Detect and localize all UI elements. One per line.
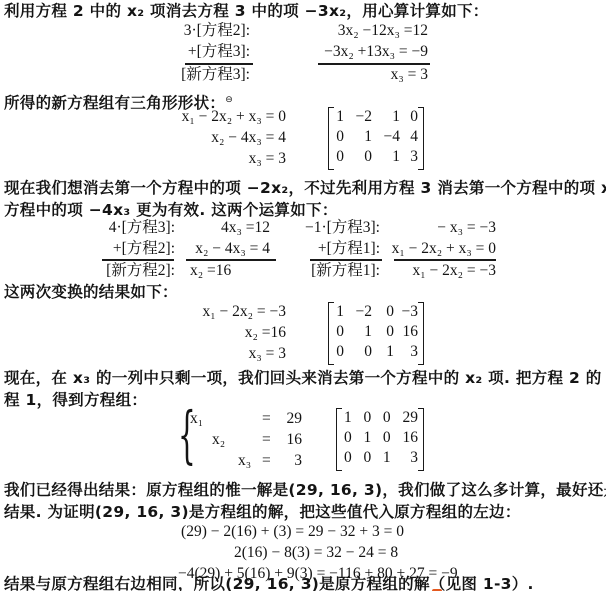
op-equation: − x₃ = −3 — [390, 219, 496, 237]
op-equation: x₃ = 3 — [300, 66, 428, 84]
equation: x₁ − 2x₂ = −3 — [160, 303, 286, 321]
equals-sign: = — [262, 410, 271, 428]
matrix-cell: 1 — [334, 107, 350, 127]
matrix-cell: 4 — [406, 127, 424, 147]
paragraph-next-step-line2: 方程中的项 −4x₃ 更为有效. 这两个运算如下： — [4, 201, 338, 219]
matrix-cell: 0 — [334, 127, 350, 147]
matrix-cell: 0 — [350, 342, 378, 362]
footnote-mark: ⊖ — [225, 95, 233, 105]
paragraph-back-sub-line2: 程 1，得到方程组： — [4, 391, 147, 409]
matrix-cell: 1 — [377, 448, 396, 468]
matrix-cell: 0 — [334, 322, 350, 342]
rule — [185, 63, 253, 65]
op-label: +[方程2]: — [95, 240, 175, 258]
op-label: 4·[方程3]: — [95, 219, 175, 237]
matrix-table: 1−20−3 01016 0013 — [334, 302, 424, 362]
matrix-cell: −3 — [400, 302, 424, 322]
matrix-cell: 3 — [406, 147, 424, 167]
equation: x₂ − 4x₃ = 4 — [160, 129, 286, 147]
matrix-cell: 0 — [334, 342, 350, 362]
matrix-cell: 1 — [334, 302, 350, 322]
augmented-matrix-3: 10029 01016 0013 — [336, 408, 424, 471]
matrix-cell: −4 — [378, 127, 406, 147]
equals-sign: = — [262, 431, 271, 449]
rule — [394, 259, 496, 261]
equation-var: x₁ — [190, 410, 203, 428]
matrix-cell: 0 — [342, 448, 358, 468]
matrix-cell: 1 — [378, 147, 406, 167]
augmented-matrix-1: 1−210 01−44 0013 — [328, 107, 424, 170]
matrix-cell: 0 — [342, 428, 358, 448]
matrix-cell: 3 — [397, 448, 424, 468]
equals-sign: = — [262, 452, 271, 470]
matrix-cell: 0 — [358, 448, 377, 468]
equation: x₃ = 3 — [160, 150, 286, 168]
rhs-value: 29 — [280, 410, 302, 428]
op-equation: x₂ − 4x₃ = 4 — [180, 240, 270, 258]
paragraph-solution-line1: 我们已经得出结果：原方程组的惟一解是(29, 16, 3)，我们做了这么多计算，… — [4, 481, 606, 499]
op-equation: x₁ − 2x₂ = −3 — [390, 262, 496, 280]
matrix-cell: 1 — [342, 408, 358, 428]
matrix-cell: 16 — [400, 322, 424, 342]
matrix-cell: 0 — [378, 302, 400, 322]
op-equation: x₂ =16 — [190, 262, 280, 280]
paragraph-solution-line2: 结果. 为证明(29, 16, 3)是方程组的解，把这些值代入原方程组的左边： — [4, 503, 521, 521]
op-label: [新方程3]: — [170, 66, 250, 84]
op-equation: x₁ − 2x₂ + x₃ = 0 — [390, 240, 496, 258]
rule — [318, 63, 430, 65]
paragraph-conclusion: 结果与原方程组右边相同，所以(29, 16, 3)是原方程组的解（见图 1-3）… — [4, 575, 534, 591]
matrix-cell: 29 — [397, 408, 424, 428]
rule — [102, 259, 174, 261]
matrix-cell: 0 — [334, 147, 350, 167]
op-label: [新方程1]: — [300, 262, 380, 280]
rhs-value: 16 — [280, 431, 302, 449]
op-equation: −3x₂ +13x₃ = −9 — [300, 43, 428, 61]
matrix-cell: 0 — [377, 428, 396, 448]
matrix-cell: −2 — [350, 302, 378, 322]
op-equation: 3x₂ −12x₃ =12 — [300, 22, 428, 40]
matrix-cell: 1 — [378, 342, 400, 362]
matrix-cell: 16 — [397, 428, 424, 448]
matrix-cell: 0 — [377, 408, 396, 428]
matrix-cell: 0 — [406, 107, 424, 127]
op-label: −1·[方程3]: — [300, 219, 380, 237]
check-equation: 2(16) − 8(3) = 32 − 24 = 8 — [234, 544, 398, 562]
op-label: +[方程3]: — [170, 43, 250, 61]
equation-var: x₃ — [238, 452, 251, 470]
equation-var: x₂ — [212, 431, 225, 449]
matrix-cell: 1 — [358, 428, 377, 448]
equation: x₃ = 3 — [160, 345, 286, 363]
op-label: [新方程2]: — [95, 262, 175, 280]
matrix-cell: −2 — [350, 107, 378, 127]
rule — [186, 259, 276, 261]
matrix-cell: 0 — [350, 147, 378, 167]
matrix-cell: 3 — [400, 342, 424, 362]
matrix-cell: 1 — [350, 322, 378, 342]
equation: x₁ − 2x₂ + x₃ = 0 — [160, 108, 286, 126]
paragraph-result-two: 这两次变换的结果如下： — [4, 283, 178, 301]
augmented-matrix-2: 1−20−3 01016 0013 — [328, 302, 424, 365]
paragraph-back-sub-line1: 现在，在 x₃ 的一列中只剩一项，我们回头来消去第一个方程中的 x₂ 项. 把方… — [4, 369, 606, 387]
rhs-value: 3 — [280, 452, 302, 470]
matrix-cell: 0 — [358, 408, 377, 428]
matrix-cell: 1 — [378, 107, 406, 127]
rule — [310, 259, 382, 261]
op-label: 3·[方程2]: — [170, 22, 250, 40]
matrix-table: 10029 01016 0013 — [342, 408, 424, 468]
check-equation: (29) − 2(16) + (3) = 29 − 32 + 3 = 0 — [150, 523, 435, 541]
op-label: +[方程1]: — [300, 240, 380, 258]
equation: x₂ =16 — [160, 324, 286, 342]
paragraph-next-step-line1: 现在我们想消去第一个方程中的项 −2x₂，不过先利用方程 3 消去第一个方程中的… — [4, 179, 606, 197]
op-equation: 4x₃ =12 — [180, 219, 270, 237]
matrix-cell: 0 — [378, 322, 400, 342]
paragraph-intro: 利用方程 2 中的 x₂ 项消去方程 3 中的项 −3x₂，用心算计算如下： — [4, 2, 489, 20]
matrix-cell: 1 — [350, 127, 378, 147]
matrix-table: 1−210 01−44 0013 — [334, 107, 424, 167]
